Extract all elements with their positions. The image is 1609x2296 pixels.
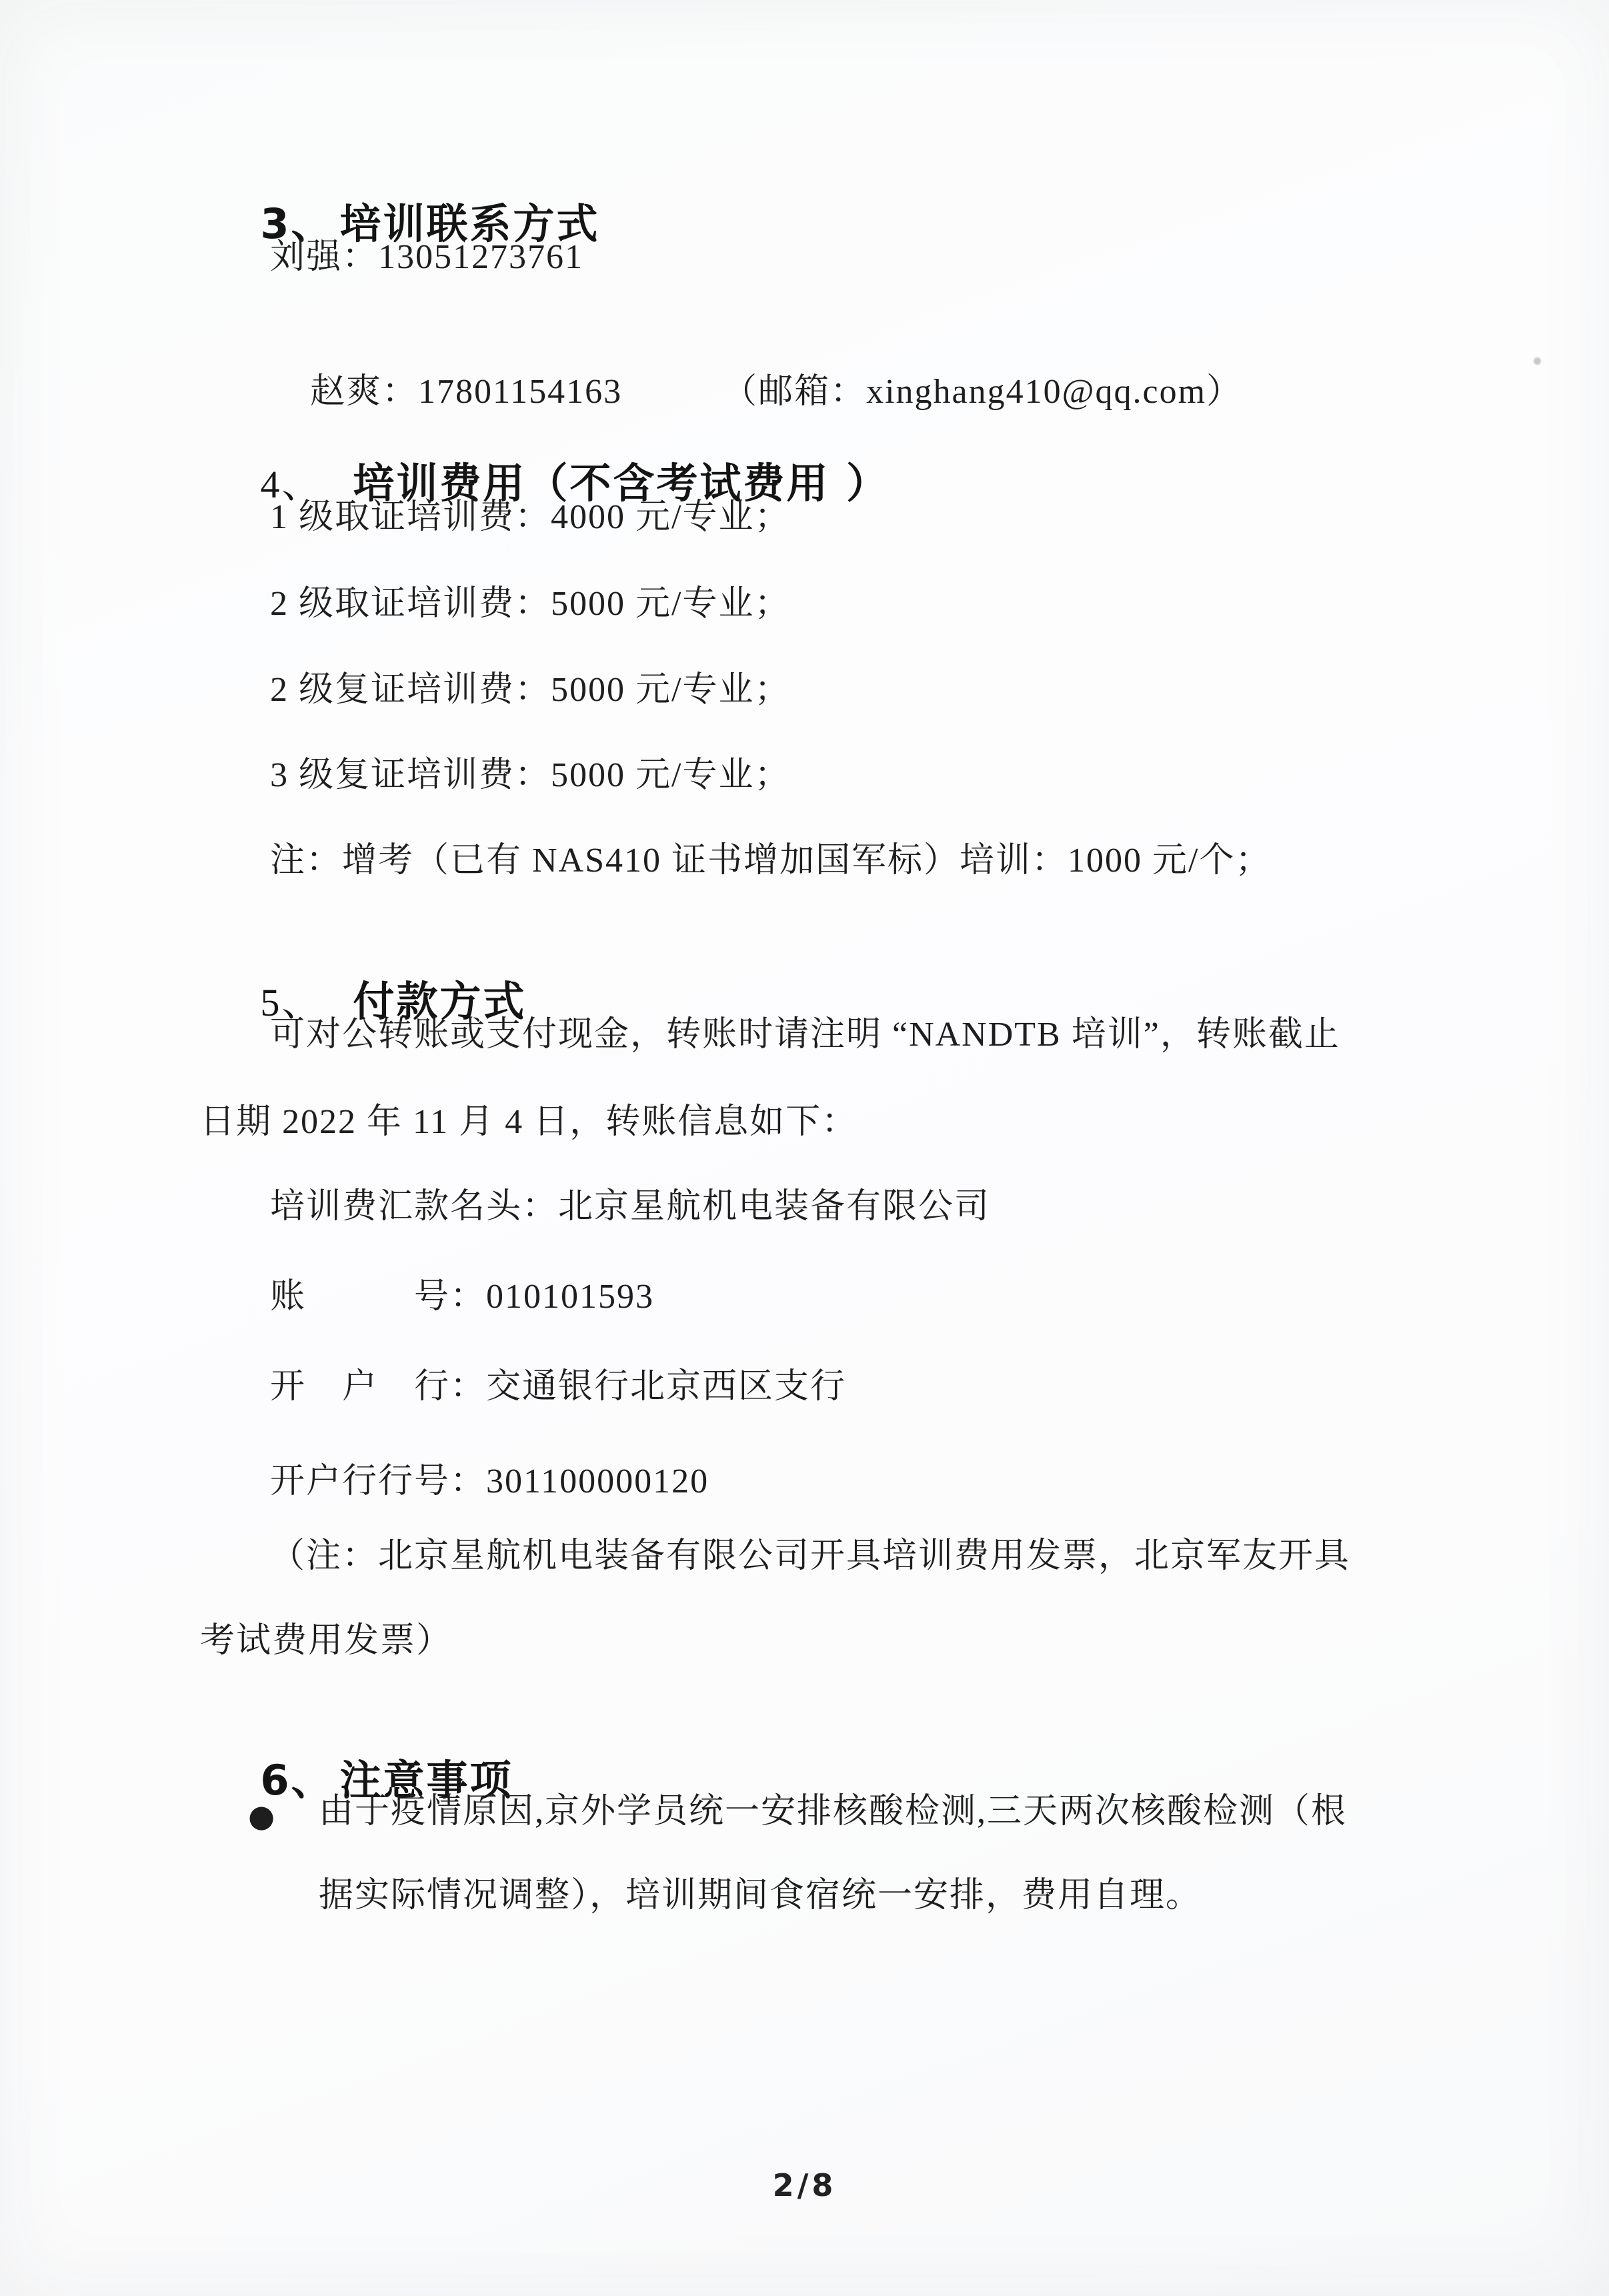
payment-paragraph-line-2: 日期 2022 年 11 月 4 日，转账信息如下：	[200, 1098, 858, 1146]
section-6-heading: 6、注意事项	[195, 1700, 513, 1861]
bank-name-line: 开 户 行：交通银行北京西区支行	[270, 1363, 846, 1411]
page-number: 2/8	[0, 2167, 1609, 2203]
fee-line-4: 3 级复证培训费：5000 元/专业；	[270, 752, 790, 800]
notice-item-line-2: 据实际情况调整），培训期间食宿统一安排，费用自理。	[319, 1872, 1202, 1920]
bank-branch-code-line: 开户行行号：301100000120	[270, 1458, 709, 1506]
payment-paragraph-line-1: 可对公转账或支付现金，转账时请注明 “NANDTB 培训”，转账截止	[270, 1011, 1340, 1059]
account-number-line: 账 号：010101593	[270, 1273, 654, 1321]
contact-line-liuqiang: 刘强：13051273761	[270, 233, 583, 281]
remittance-name-line: 培训费汇款名头：北京星航机电装备有限公司	[270, 1183, 990, 1231]
document-page: 3、培训联系方式 刘强：13051273761 赵爽：17801154163（邮…	[0, 0, 1609, 2296]
invoice-note-line-1: （注：北京星航机电装备有限公司开具培训费用发票，北京军友开具	[270, 1532, 1350, 1580]
notice-item-line-1: 由于疫情原因,京外学员统一安排核酸检测,三天两次核酸检测（根	[319, 1788, 1347, 1836]
fee-line-3: 2 级复证培训费：5000 元/专业；	[270, 666, 790, 714]
bullet-icon: ●	[248, 1792, 276, 1840]
fee-line-1: 1 级取证培训费：4000 元/专业；	[270, 493, 790, 541]
fee-note: 注：增考（已有 NAS410 证书增加国军标）培训：1000 元/个；	[270, 837, 1271, 885]
fee-line-2: 2 级取证培训费：5000 元/专业；	[270, 580, 790, 628]
scan-speck	[1534, 357, 1541, 365]
invoice-note-line-2: 考试费用发票）	[200, 1617, 452, 1665]
